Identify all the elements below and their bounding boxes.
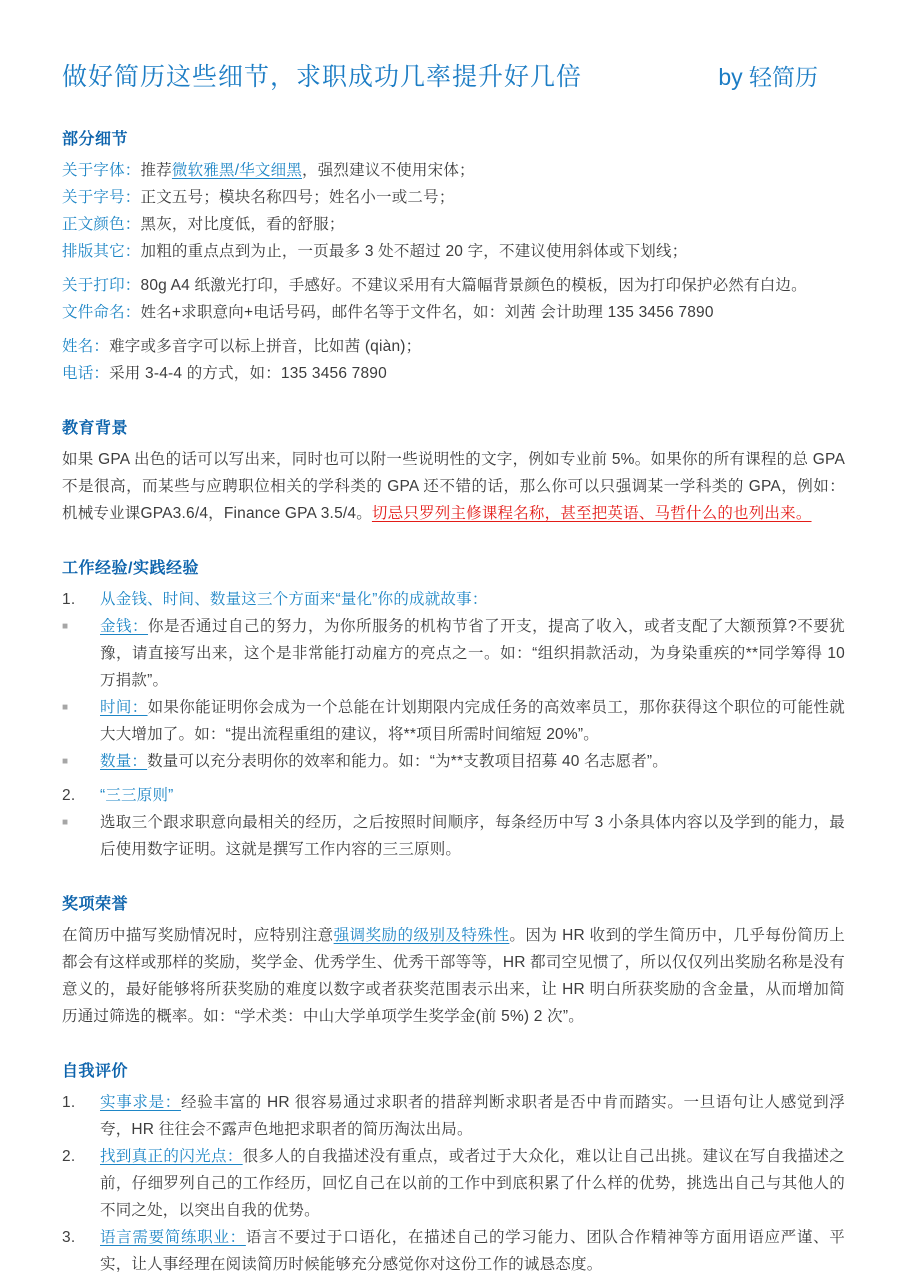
bullet-square-icon: ■ [62,748,68,775]
text-segment: 切忌只罗列主修课程名称，甚至把英语、马哲什么的也列出来。 [372,505,812,522]
bullet-square-icon: ■ [62,613,68,640]
text-segment: 正文颜色： [62,216,141,233]
detail-line: 文件命名：姓名+求职意向+电话号码，邮件名等于文件名，如：刘茜 会计助理 135… [62,299,845,326]
text-segment: 采用 3-4-4 的方式，如：135 3456 7890 [109,365,387,382]
text-segment: 文件命名： [62,304,141,321]
document-page: 做好简历这些细节，求职成功几率提升好几倍 by 轻简历 部分细节关于字体：推荐微… [0,0,900,1272]
item-number: 2. [62,782,75,809]
text-segment: 正文五号；模块名称四号；姓名小一或二号； [141,189,455,206]
numbered-item: 2.“三三原则” [62,782,845,809]
numbered-item: 1.从金钱、时间、数量这三个方面来“量化”你的成就故事： [62,586,845,613]
bullet-item: ■数量：数量可以充分表明你的效率和能力。如：“为**支教项目招募 40 名志愿者… [62,748,845,775]
section-heading: 奖项荣誉 [62,893,845,917]
text-segment: 语言需要简练职业： [100,1229,246,1246]
bullet-item: ■选取三个跟求职意向最相关的经历，之后按照时间顺序，每条经历中写 3 小条具体内… [62,809,845,863]
page-title: 做好简历这些细节，求职成功几率提升好几倍 [62,56,582,98]
numbered-item: 3.语言需要简练职业：语言不要过于口语化，在描述自己的学习能力、团队合作精神等方… [62,1224,845,1272]
section-details: 部分细节关于字体：推荐微软雅黑/华文细黑，强烈建议不使用宋体；关于字号：正文五号… [62,128,845,387]
section-awards: 奖项荣誉在简历中描写奖励情况时，应特别注意强调奖励的级别及特殊性。因为 HR 收… [62,893,845,1030]
bullet-square-icon: ■ [62,809,68,836]
section-experience: 工作经验/实践经验1.从金钱、时间、数量这三个方面来“量化”你的成就故事：■金钱… [62,557,845,863]
text-segment: 电话： [62,365,109,382]
section-heading: 自我评价 [62,1060,845,1084]
detail-line: 电话：采用 3-4-4 的方式，如：135 3456 7890 [62,360,845,387]
item-number: 1. [62,1089,75,1116]
text-segment: 选取三个跟求职意向最相关的经历，之后按照时间顺序，每条经历中写 3 小条具体内容… [100,814,845,858]
detail-line: 姓名：难字或多音字可以标上拼音，比如茜 (qiàn)； [62,333,845,360]
numbered-item: 2.找到真正的闪光点：很多人的自我描述没有重点，或者过于大众化，难以让自己出挑。… [62,1143,845,1224]
text-segment: 姓名+求职意向+电话号码，邮件名等于文件名，如：刘茜 会计助理 135 3456… [141,304,714,321]
text-segment: 在简历中描写奖励情况时，应特别注意 [62,927,334,944]
text-segment: 难字或多音字可以标上拼音，比如茜 (qiàn)； [109,338,421,355]
section-heading: 工作经验/实践经验 [62,557,845,581]
text-segment: 关于打印： [62,277,141,294]
section-self-evaluation: 自我评价1.实事求是：经验丰富的 HR 很容易通过求职者的措辞判断求职者是否中肯… [62,1060,845,1272]
text-segment: 时间： [100,699,148,716]
bullet-item: ■金钱：你是否通过自己的努力，为你所服务的机构节省了开支，提高了收入，或者支配了… [62,613,845,694]
text-segment: 数量： [100,753,147,770]
text-segment: 数量可以充分表明你的效率和能力。如：“为**支教项目招募 40 名志愿者”。 [147,753,668,770]
bullet-item: ■时间：如果你能证明你会成为一个总能在计划期限内完成任务的高效率员工，那你获得这… [62,694,845,748]
text-segment: 你是否通过自己的努力，为你所服务的机构节省了开支，提高了收入，或者支配了大额预算… [100,618,845,689]
numbered-item: 1.实事求是：经验丰富的 HR 很容易通过求职者的措辞判断求职者是否中肯而踏实。… [62,1089,845,1143]
text-segment: 黑灰，对比度低，看的舒服； [141,216,345,233]
title-row: 做好简历这些细节，求职成功几率提升好几倍 by 轻简历 [62,56,845,98]
text-segment: 80g A4 纸激光打印，手感好。不建议采用有大篇幅背景颜色的模板，因为打印保护… [141,277,807,294]
paragraph: 如果 GPA 出色的话可以写出来，同时也可以附一些说明性的文字，例如专业前 5%… [62,446,845,527]
text-segment: “三三原则” [100,787,174,804]
item-number: 2. [62,1143,75,1170]
section-heading: 教育背景 [62,417,845,441]
text-segment: 实事求是： [100,1094,181,1111]
text-segment: 微软雅黑/华文细黑 [172,162,302,179]
text-segment: 加粗的重点点到为止，一页最多 3 处不超过 20 字，不建议使用斜体或下划线； [141,243,688,260]
byline: by 轻简历 [718,59,818,92]
text-segment: 金钱： [100,618,148,635]
detail-line: 正文颜色：黑灰，对比度低，看的舒服； [62,211,845,238]
text-segment: 关于字号： [62,189,141,206]
sections-container: 部分细节关于字体：推荐微软雅黑/华文细黑，强烈建议不使用宋体；关于字号：正文五号… [62,128,845,1272]
text-segment: 如果你能证明你会成为一个总能在计划期限内完成任务的高效率员工，那你获得这个职位的… [100,699,845,743]
section-education: 教育背景如果 GPA 出色的话可以写出来，同时也可以附一些说明性的文字，例如专业… [62,417,845,527]
detail-line: 关于打印：80g A4 纸激光打印，手感好。不建议采用有大篇幅背景颜色的模板，因… [62,272,845,299]
text-segment: 强调奖励的级别及特殊性 [334,927,510,944]
text-segment: ，强烈建议不使用宋体； [302,162,475,179]
text-segment: 经验丰富的 HR 很容易通过求职者的措辞判断求职者是否中肯而踏实。一旦语句让人感… [100,1094,845,1138]
text-segment: 从金钱、时间、数量这三个方面来“量化”你的成就故事： [100,591,488,608]
text-segment: 找到真正的闪光点： [100,1148,243,1165]
item-number: 3. [62,1224,75,1251]
text-segment: 姓名： [62,338,109,355]
detail-line: 排版其它：加粗的重点点到为止，一页最多 3 处不超过 20 字，不建议使用斜体或… [62,238,845,265]
paragraph: 在简历中描写奖励情况时，应特别注意强调奖励的级别及特殊性。因为 HR 收到的学生… [62,922,845,1030]
section-heading: 部分细节 [62,128,845,152]
detail-line: 关于字号：正文五号；模块名称四号；姓名小一或二号； [62,184,845,211]
text-segment: 关于字体： [62,162,141,179]
text-segment: 推荐 [141,162,172,179]
detail-line: 关于字体：推荐微软雅黑/华文细黑，强烈建议不使用宋体； [62,157,845,184]
text-segment: 排版其它： [62,243,141,260]
item-number: 1. [62,586,75,613]
bullet-square-icon: ■ [62,694,68,721]
